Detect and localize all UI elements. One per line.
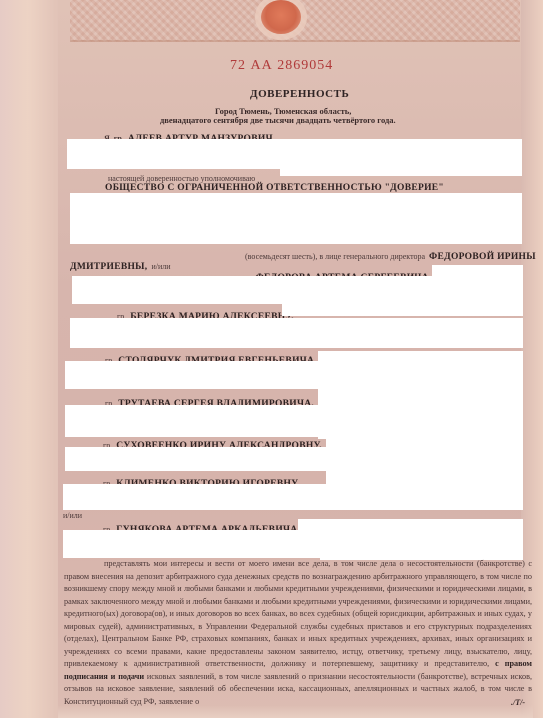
redaction-box — [70, 340, 240, 348]
body-text-start: представлять мои интересы и вести от мое… — [64, 559, 532, 668]
organization-name: ОБЩЕСТВО С ОГРАНИЧЕННОЙ ОТВЕТСТВЕННОСТЬЮ… — [105, 183, 444, 193]
redaction-box — [63, 530, 523, 558]
paper-bottom-edge — [58, 705, 533, 718]
redaction-box — [280, 166, 522, 176]
redaction-box — [63, 484, 523, 510]
director-name-part1: ФЕДОРОВОЙ ИРИНЫ — [429, 252, 536, 262]
document-title: ДОВЕРЕННОСТЬ — [250, 88, 349, 100]
and-or-label: и/или — [63, 511, 82, 520]
redaction-box — [72, 276, 523, 304]
director-line: (восемьдесят шесть), в лице генерального… — [245, 246, 536, 264]
redaction-box — [67, 139, 522, 169]
redaction-box — [282, 303, 523, 316]
redaction-box — [65, 447, 523, 471]
redaction-box — [65, 405, 523, 437]
director-prefix: (восемьдесят шесть), в лице генерального… — [245, 252, 425, 261]
authorizes-text: настоящей доверенностью уполномочиваю — [108, 174, 255, 183]
document-date: двенадцатого сентября две тысячи двадцат… — [160, 115, 396, 125]
redaction-box — [70, 193, 522, 244]
coat-of-arms-emblem — [261, 0, 301, 34]
serial-number: 72 АА 2869054 — [230, 58, 333, 74]
powers-paragraph: представлять мои интересы и вести от мое… — [64, 558, 532, 708]
redaction-box — [65, 361, 523, 389]
